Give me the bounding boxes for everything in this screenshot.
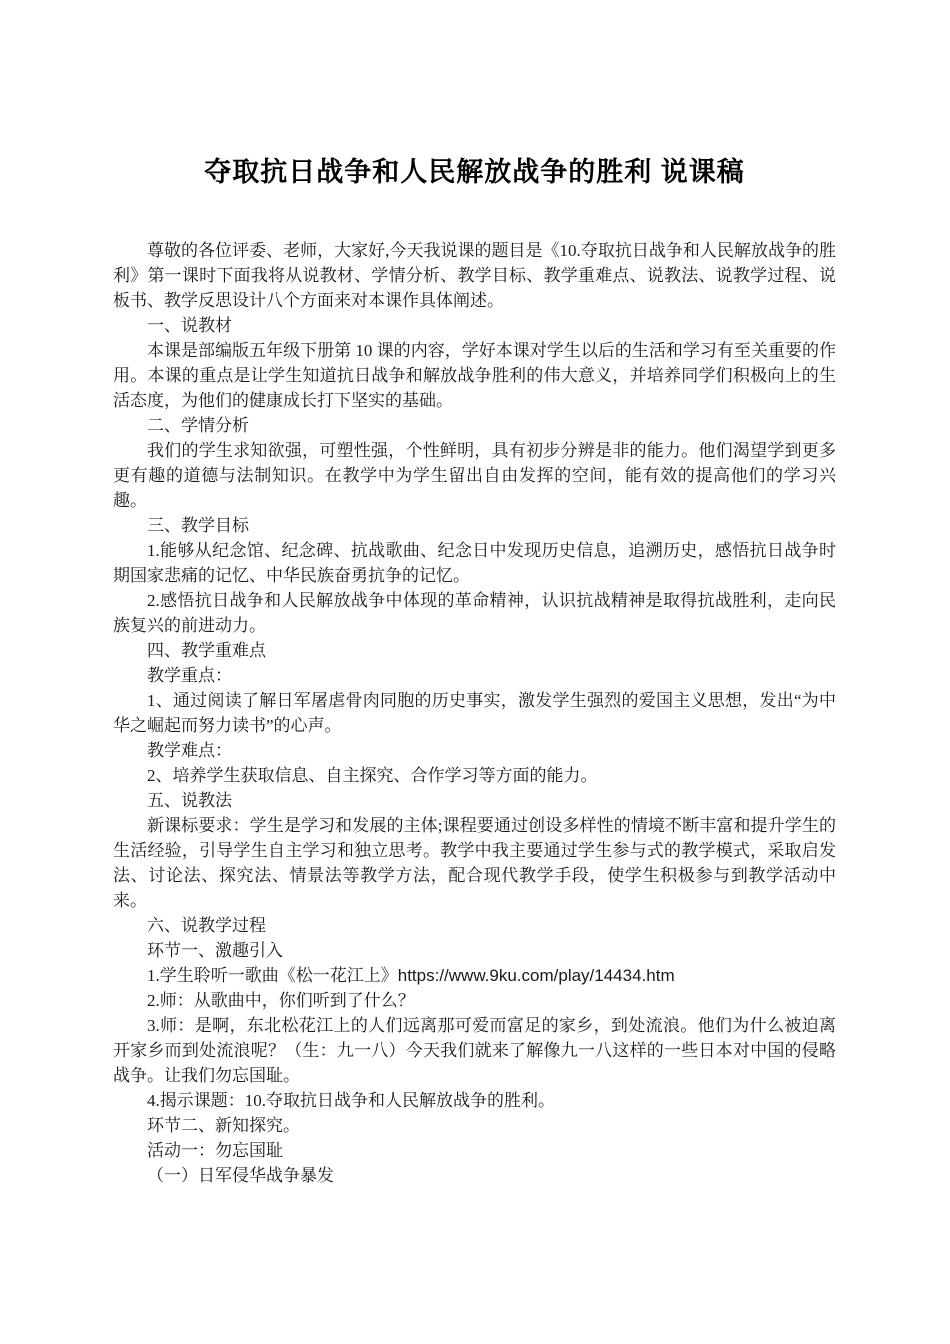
text-run: 1.学生聆听一歌曲《松一花江上》 xyxy=(147,966,398,985)
paragraph: 教学重点： xyxy=(113,663,836,688)
text-run: 三、教学目标 xyxy=(147,516,249,535)
url-text: https://www.9ku.com/play/14434.htm xyxy=(398,966,675,985)
paragraph: 六、说教学过程 xyxy=(113,913,836,938)
text-run: 4.揭示课题：10.夺取抗日战争和人民解放战争的胜利。 xyxy=(147,1091,555,1110)
text-run: 环节二、新知探究。 xyxy=(147,1116,300,1135)
paragraph: 我们的学生求知欲强，可塑性强，个性鲜明，具有初步分辨是非的能力。他们渴望学到更多… xyxy=(113,438,836,513)
text-run: 2.师：从歌曲中，你们听到了什么？ xyxy=(147,991,415,1010)
paragraph: 四、教学重难点 xyxy=(113,638,836,663)
paragraph: 1.能够从纪念馆、纪念碑、抗战歌曲、纪念日中发现历史信息，追溯历史，感悟抗日战争… xyxy=(113,538,836,588)
text-run: 1、通过阅读了解日军屠虐骨肉同胞的历史事实，激发学生强烈的爱国主义思想，发出“为… xyxy=(113,691,836,735)
text-run: 1.能够从纪念馆、纪念碑、抗战歌曲、纪念日中发现历史信息，追溯历史，感悟抗日战争… xyxy=(113,541,836,585)
paragraph: 环节二、新知探究。 xyxy=(113,1113,836,1138)
paragraph: 新课标要求：学生是学习和发展的主体;课程要通过创设多样性的情境不断丰富和提升学生… xyxy=(113,813,836,913)
text-run: 新课标要求：学生是学习和发展的主体;课程要通过创设多样性的情境不断丰富和提升学生… xyxy=(113,816,836,910)
paragraph: 2.师：从歌曲中，你们听到了什么？ xyxy=(113,988,836,1013)
paragraph: 尊敬的各位评委、老师，大家好,今天我说课的题目是《10.夺取抗日战争和人民解放战… xyxy=(113,238,836,313)
text-run: 五、说教法 xyxy=(147,791,232,810)
paragraph: 2.感悟抗日战争和人民解放战争中体现的革命精神，认识抗战精神是取得抗战胜利，走向… xyxy=(113,588,836,638)
paragraph: 教学难点： xyxy=(113,738,836,763)
text-run: 教学重点： xyxy=(147,666,232,685)
paragraph: 活动一：勿忘国耻 xyxy=(113,1138,836,1163)
document-body: 尊敬的各位评委、老师，大家好,今天我说课的题目是《10.夺取抗日战争和人民解放战… xyxy=(113,238,836,1188)
paragraph: 二、学情分析 xyxy=(113,413,836,438)
paragraph: 本课是部编版五年级下册第 10 课的内容，学好本课对学生以后的生活和学习有至关重… xyxy=(113,338,836,413)
text-run: 四、教学重难点 xyxy=(147,641,266,660)
text-run: 我们的学生求知欲强，可塑性强，个性鲜明，具有初步分辨是非的能力。他们渴望学到更多… xyxy=(113,441,836,510)
paragraph: 环节一、激趣引入 xyxy=(113,938,836,963)
paragraph: （一）日军侵华战争暴发 xyxy=(113,1163,836,1188)
text-run: 2、培养学生获取信息、自主探究、合作学习等方面的能力。 xyxy=(147,766,598,785)
paragraph: 1、通过阅读了解日军屠虐骨肉同胞的历史事实，激发学生强烈的爱国主义思想，发出“为… xyxy=(113,688,836,738)
text-run: 活动一：勿忘国耻 xyxy=(147,1141,283,1160)
text-run: 尊敬的各位评委、老师，大家好,今天我说课的题目是《10.夺取抗日战争和人民解放战… xyxy=(113,241,836,310)
text-run: 二、学情分析 xyxy=(147,416,249,435)
paragraph: 五、说教法 xyxy=(113,788,836,813)
text-run: 本课是部编版五年级下册第 10 课的内容，学好本课对学生以后的生活和学习有至关重… xyxy=(113,341,836,410)
document-title: 夺取抗日战争和人民解放战争的胜利 说课稿 xyxy=(113,152,836,192)
text-run: 2.感悟抗日战争和人民解放战争中体现的革命精神，认识抗战精神是取得抗战胜利，走向… xyxy=(113,591,836,635)
text-run: 教学难点： xyxy=(147,741,232,760)
paragraph: 1.学生聆听一歌曲《松一花江上》https://www.9ku.com/play… xyxy=(113,963,836,988)
paragraph: 4.揭示课题：10.夺取抗日战争和人民解放战争的胜利。 xyxy=(113,1088,836,1113)
document-page: 夺取抗日战争和人民解放战争的胜利 说课稿 尊敬的各位评委、老师，大家好,今天我说… xyxy=(0,0,950,1344)
paragraph: 一、说教材 xyxy=(113,313,836,338)
text-run: 一、说教材 xyxy=(147,316,232,335)
text-run: 环节一、激趣引入 xyxy=(147,941,283,960)
paragraph: 2、培养学生获取信息、自主探究、合作学习等方面的能力。 xyxy=(113,763,836,788)
text-run: 六、说教学过程 xyxy=(147,916,266,935)
text-run: （一）日军侵华战争暴发 xyxy=(147,1166,334,1185)
paragraph: 三、教学目标 xyxy=(113,513,836,538)
text-run: 3.师：是啊，东北松花江上的人们远离那可爱而富足的家乡，到处流浪。他们为什么被迫… xyxy=(113,1016,836,1085)
paragraph: 3.师：是啊，东北松花江上的人们远离那可爱而富足的家乡，到处流浪。他们为什么被迫… xyxy=(113,1013,836,1088)
